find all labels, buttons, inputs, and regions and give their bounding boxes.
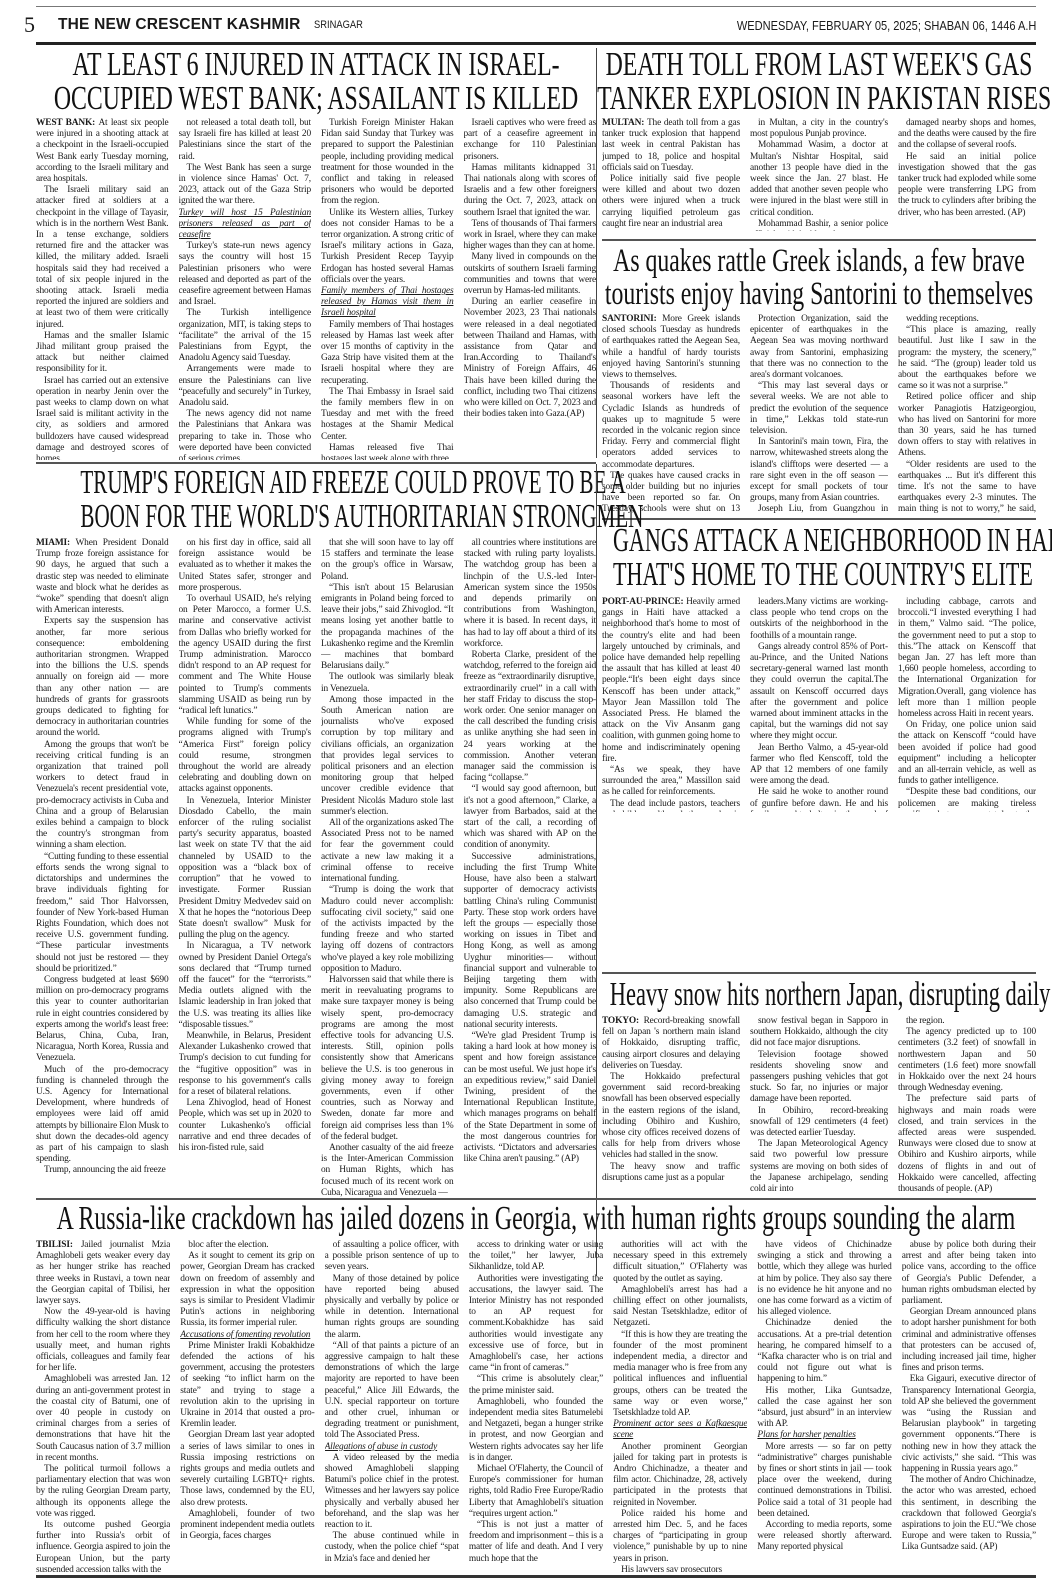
subheading: Accusations of fomenting revolution (180, 1330, 314, 1341)
article-column: access to drinking water or using the to… (469, 1240, 603, 1572)
article-column: Turkish Foreign Minister Hakan Fidan sai… (321, 118, 454, 460)
article-paragraph: The mother of Andro Chichinadze, the act… (902, 1475, 1036, 1553)
story-headline: As quakes rattle Greek islands, a few br… (591, 245, 1047, 311)
article-paragraph: MULTAN: The death toll from a gas tanker… (602, 118, 740, 174)
article-paragraph: “Cutting funding to these essential effo… (36, 852, 169, 975)
headline-line-1: GANGS ATTACK A NEIGHBORHOOD IN HAITI (613, 524, 1025, 558)
article-paragraph: Successive administrations, including th… (464, 852, 597, 1031)
article-paragraph: TOKYO: Record-breaking snowfall fell on … (602, 1016, 740, 1072)
article-paragraph: Thousands of residents and seasonal work… (602, 381, 740, 471)
page-number: 5 (24, 12, 50, 38)
article-paragraph: “As we speak, they have surrounded the a… (602, 765, 740, 799)
article-paragraph: Among those impacted in the South Americ… (321, 695, 454, 818)
article-paragraph: on his first day in office, said all for… (179, 538, 312, 594)
article-paragraph: Joseph Liu, from Guangzhou in southern C… (750, 504, 888, 513)
article-paragraph: Eka Gigauri, executive director of Trans… (902, 1374, 1036, 1475)
article-paragraph: “Trump is doing the work that Maduro cou… (321, 885, 454, 975)
article-paragraph: damaged nearby shops and homes, and the … (898, 118, 1036, 152)
article-paragraph: Amaghlobeli, who founded the independent… (469, 1397, 603, 1464)
newspaper-page: 5 THE NEW CRESCENT KASHMIR SRINAGAR WEDN… (24, 0, 1036, 1580)
article-paragraph: Family members of Thai hostages released… (321, 320, 454, 387)
article-paragraph: “Despite these bad conditions, our polic… (898, 787, 1036, 812)
article-paragraph: A video released by the media showed Ama… (325, 1453, 459, 1531)
article-paragraph: Turkish Foreign Minister Hakan Fidan sai… (321, 118, 454, 208)
article-paragraph: access to drinking water or using the to… (469, 1240, 603, 1274)
article-paragraph: Mohammad Wasim, a doctor at Multan's Nis… (750, 140, 888, 218)
article-column: damaged nearby shops and homes, and the … (898, 118, 1036, 231)
story-japan: Heavy snow hits northern Japan, disrupti… (602, 976, 1036, 1196)
article-column: not released a total death toll, but say… (179, 118, 312, 460)
article-paragraph: Television footage showed residents shov… (750, 1050, 888, 1106)
article-paragraph: The abuse continued while in custody, wh… (325, 1531, 459, 1565)
article-paragraph: Gangs already control 85% of Port-au-Pri… (750, 642, 888, 743)
masthead: 5 THE NEW CRESCENT KASHMIR SRINAGAR WEDN… (24, 12, 1036, 38)
section-rule (602, 972, 1036, 974)
article-column: have videos of Chichinadze swinging a st… (757, 1240, 891, 1572)
headline-line-2: tourists enjoy having Santorini to thems… (591, 278, 1047, 311)
article-column: that she will soon have to lay off 15 st… (321, 538, 454, 1273)
article-paragraph: Georgian Dream announced plans to adopt … (902, 1307, 1036, 1374)
article-paragraph: of assaulting a police officer, with a p… (325, 1240, 459, 1274)
article-paragraph: Now the 49-year-old is having difficulty… (36, 1307, 170, 1374)
article-paragraph: Meanwhile, in Belarus, President Alexand… (179, 1031, 312, 1098)
article-paragraph: More arrests — so far on petty “administ… (757, 1442, 891, 1520)
article-paragraph: Hamas released five Thai hostages last w… (321, 443, 454, 460)
article-paragraph: WEST BANK: At least six people were inju… (36, 118, 169, 185)
bottom-rule (36, 1575, 1036, 1578)
story-headline: A Russia-like crackdown has jailed dozen… (46, 1202, 1026, 1236)
article-paragraph: He said he woke to another round of gunf… (750, 787, 888, 812)
article-paragraph: Amaghlobeli was arrested Jan. 12 during … (36, 1374, 170, 1464)
article-paragraph: His lawyers say prosecutors (613, 1565, 747, 1572)
article-paragraph: Hamas and the smaller Islamic Jihad mili… (36, 331, 169, 376)
article-paragraph: authorities will act with the necessary … (613, 1240, 747, 1285)
subheading: Allegations of abuse in custody (325, 1442, 459, 1453)
section-rule (602, 518, 1036, 520)
article-paragraph: As it sought to cement its grip on power… (180, 1251, 314, 1329)
column-divider (596, 464, 597, 1276)
article-paragraph: “This is not just a matter of freedom an… (469, 1520, 603, 1565)
article-paragraph: “This isn't about 15 Belarusian emigrant… (321, 583, 454, 673)
article-paragraph: Israeli captives who were freed as part … (464, 118, 597, 163)
story-georgia: A Russia-like crackdown has jailed dozen… (36, 1200, 1036, 1572)
article-paragraph: Roberta Clarke, president of the watchdo… (464, 650, 597, 784)
dateline: MULTAN: (602, 118, 647, 128)
article-paragraph: that she will soon have to lay off 15 st… (321, 538, 454, 583)
dateline: PORT-AU-PRINCE: (602, 597, 686, 607)
headline-line-1: AT LEAST 6 INJURED IN ATTACK IN ISRAEL- (50, 48, 582, 82)
story-santorini: As quakes rattle Greek islands, a few br… (602, 243, 1036, 513)
dateline: TOKYO: (602, 1016, 644, 1026)
article-column: including cabbage, carrots and broccoli.… (898, 597, 1036, 812)
article-paragraph: Lena Zhivoglod, head of Honest People, w… (179, 1098, 312, 1154)
newspaper-name: THE NEW CRESCENT KASHMIR (58, 16, 300, 34)
article-paragraph: “Older residents are used to the earthqu… (898, 460, 1036, 513)
article-column: of assaulting a police officer, with a p… (325, 1240, 459, 1572)
article-paragraph: “This crime is absolutely clear,” the pr… (469, 1374, 603, 1396)
article-paragraph: The West Bank has seen a surge in violen… (179, 163, 312, 208)
article-column: the region.The agency predicted up to 10… (898, 1016, 1036, 1196)
story-headline: GANGS ATTACK A NEIGHBORHOOD IN HAITI THA… (613, 524, 1025, 592)
section-rule (602, 239, 1036, 241)
article-paragraph: The news agency did not name the Palesti… (179, 409, 312, 460)
article-paragraph: Prime Minister Irakli Kobakhidze defende… (180, 1341, 314, 1431)
article-paragraph: MIAMI: When President Donald Trump froze… (36, 538, 169, 616)
headline-line-1: A Russia-like crackdown has jailed dozen… (46, 1202, 1026, 1236)
article-column: authorities will act with the necessary … (613, 1240, 747, 1572)
article-paragraph: To overhaul USAID, he's relying on Peter… (179, 594, 312, 717)
article-paragraph: In Nicaragua, a TV network owned by Pres… (179, 941, 312, 1031)
article-paragraph: In Obihiro, record-breaking snowfall of … (750, 1106, 888, 1140)
article-paragraph: He said an initial police investigation … (898, 152, 1036, 219)
article-paragraph: The dead include pastors, teachers and c… (602, 799, 740, 812)
article-paragraph: PORT-AU-PRINCE: Heavily armed gangs in H… (602, 597, 740, 765)
article-paragraph: On Friday, one police union said the att… (898, 720, 1036, 787)
article-paragraph: Hamas militants kidnapped 31 Thai nation… (464, 163, 597, 219)
article-paragraph: SANTORINI: More Greek islands closed sch… (602, 314, 740, 381)
article-paragraph: Another prominent Georgian jailed for ta… (613, 1442, 747, 1509)
article-paragraph: Police initially said five people were k… (602, 174, 740, 230)
article-paragraph: In Venezuela, Interior Minister Diosdado… (179, 796, 312, 942)
article-paragraph: Unlike its Western allies, Turkey does n… (321, 208, 454, 286)
article-paragraph: The Thai Embassy in Israel said the fami… (321, 387, 454, 443)
article-paragraph: “All of that paints a picture of an aggr… (325, 1341, 459, 1442)
article-paragraph: Amaghlobeli, founder of two prominent in… (180, 1509, 314, 1543)
article-paragraph: Authorities were investigating the accus… (469, 1274, 603, 1375)
article-column: TBILISI: Jailed journalist Mzia Amaghlob… (36, 1240, 170, 1572)
subheading: Prominent actor sees a Kafkaesque scene (613, 1419, 747, 1441)
headline-line-2: OCCUPIED WEST BANK; ASSAILANT IS KILLED (50, 82, 582, 116)
article-paragraph: Tens of thousands of Thai farmers work i… (464, 219, 597, 253)
article-paragraph: “This place is amazing, really beautiful… (898, 325, 1036, 392)
article-paragraph: The prefecture said parts of highways an… (898, 1094, 1036, 1195)
article-paragraph: Protection Organization, said the epicen… (750, 314, 888, 381)
article-paragraph: Many of those detained by police have re… (325, 1274, 459, 1341)
article-paragraph: “I would say good afternoon, but it's no… (464, 784, 597, 851)
article-paragraph: Many lived in compounds on the outskirts… (464, 252, 597, 297)
article-paragraph: Much of the pro-democracy funding is cha… (36, 1065, 169, 1166)
article-paragraph: All of the organizations asked The Assoc… (321, 818, 454, 885)
article-paragraph: The outlook was similarly bleak in Venez… (321, 672, 454, 694)
article-column: MIAMI: When President Donald Trump froze… (36, 538, 169, 1273)
article-paragraph: Georgian Dream last year adopted a serie… (180, 1430, 314, 1508)
headline-line-1: Heavy snow hits northern Japan, disrupti… (610, 978, 1028, 1012)
article-paragraph: all countries where institutions are sta… (464, 538, 597, 650)
article-paragraph: not released a total death toll, but say… (179, 118, 312, 163)
article-paragraph: Arrangements were made to ensure the Pal… (179, 364, 312, 409)
article-column: PORT-AU-PRINCE: Heavily armed gangs in H… (602, 597, 740, 812)
article-paragraph: bloc after the election. (180, 1240, 314, 1251)
issue-date: WEDNESDAY, FEBRUARY 05, 2025; SHABAN 06,… (736, 18, 1036, 33)
article-paragraph: abuse by police both during their arrest… (902, 1240, 1036, 1307)
article-paragraph: “If this is how they are treating the fo… (613, 1330, 747, 1420)
article-paragraph: During an earlier ceasefire in November … (464, 297, 597, 420)
article-paragraph: According to media reports, some were re… (757, 1520, 891, 1554)
dateline: TBILISI: (36, 1240, 81, 1250)
article-paragraph: Israel has carried out an extensive oper… (36, 376, 169, 460)
story-headline: AT LEAST 6 INJURED IN ATTACK IN ISRAEL- … (50, 48, 582, 116)
story-headline: TRUMP'S FOREIGN AID FREEZE COULD PROVE T… (80, 466, 551, 534)
article-paragraph: Trump, announcing the aid freeze (36, 1165, 169, 1176)
subheading: Family members of Thai hostages released… (321, 286, 454, 320)
article-paragraph: TBILISI: Jailed journalist Mzia Amaghlob… (36, 1240, 170, 1307)
article-paragraph: “We're glad President Trump is taking a … (464, 1031, 597, 1165)
article-column: abuse by police both during their arrest… (902, 1240, 1036, 1572)
article-paragraph: In Santorini's main town, Fira, the narr… (750, 437, 888, 504)
article-paragraph: Turkey's state-run news agency says the … (179, 241, 312, 308)
article-column: Protection Organization, said the epicen… (750, 314, 888, 513)
article-column: on his first day in office, said all for… (179, 538, 312, 1273)
article-column: Israeli captives who were freed as part … (464, 118, 597, 460)
article-paragraph: Among the groups that won't be receiving… (36, 740, 169, 852)
story-westbank: AT LEAST 6 INJURED IN ATTACK IN ISRAEL- … (36, 46, 596, 460)
article-paragraph: Another casualty of the aid freeze is th… (321, 1143, 454, 1199)
article-paragraph: His mother, Lika Guntsadze, called the c… (757, 1386, 891, 1431)
story-pakistan: DEATH TOLL FROM LAST WEEK'S GAS TANKER E… (602, 46, 1036, 231)
article-paragraph: the region. (898, 1016, 1036, 1027)
story-trump-aid: TRUMP'S FOREIGN AID FREEZE COULD PROVE T… (36, 464, 596, 1279)
article-paragraph: Jean Bertho Valmo, a 45-year-old farmer … (750, 743, 888, 788)
article-paragraph: Experts say the suspension has another, … (36, 616, 169, 739)
article-column: snow festival began in Sapporo in southe… (750, 1016, 888, 1196)
article-paragraph: Halvorssen said that while there is meri… (321, 975, 454, 1143)
article-paragraph: Michael O'Flaherty, the Council of Europ… (469, 1464, 603, 1520)
headline-line-2: BOON FOR THE WORLD'S AUTHORITARIAN STRON… (80, 500, 551, 534)
article-column: leaders.Many victims are working-class p… (750, 597, 888, 812)
article-paragraph: The heavy snow and traffic disruptions c… (602, 1162, 740, 1184)
article-paragraph: leaders.Many victims are working-class p… (750, 597, 888, 642)
headline-line-2: THAT'S HOME TO THE COUNTRY'S ELITE (613, 558, 1025, 592)
subheading: Turkey will host 15 Palestinian prisoner… (179, 208, 312, 242)
article-paragraph: The agency predicted up to 100 centimete… (898, 1027, 1036, 1094)
story-haiti: GANGS ATTACK A NEIGHBORHOOD IN HAITI THA… (602, 522, 1036, 812)
article-column: bloc after the election.As it sought to … (180, 1240, 314, 1572)
headline-line-2: TANKER EXPLOSION IN PAKISTAN RISES TO 18 (597, 82, 1041, 116)
headline-line-1: DEATH TOLL FROM LAST WEEK'S GAS (597, 48, 1041, 82)
dateline: MIAMI: (36, 538, 75, 548)
headline-line-1: As quakes rattle Greek islands, a few br… (591, 245, 1047, 278)
article-paragraph: The political turmoil follows a parliame… (36, 1464, 170, 1520)
headline-line-1: TRUMP'S FOREIGN AID FREEZE COULD PROVE T… (80, 466, 551, 500)
edition-city: SRINAGAR (314, 19, 363, 31)
article-column: all countries where institutions are sta… (464, 538, 597, 1273)
dateline: WEST BANK: (36, 118, 98, 128)
article-paragraph: The Japan Meteorological Agency said two… (750, 1139, 888, 1195)
subheading: Plans for harsher penalties (757, 1430, 891, 1441)
article-paragraph: wedding receptions. (898, 314, 1036, 325)
article-paragraph: including cabbage, carrots and broccoli.… (898, 597, 1036, 720)
article-paragraph: Its outcome pushed Georgia further into … (36, 1520, 170, 1572)
article-paragraph: in Multan, a city in the country's most … (750, 118, 888, 140)
article-paragraph: Chichinadze denied the accusations. At a… (757, 1318, 891, 1385)
article-column: TOKYO: Record-breaking snowfall fell on … (602, 1016, 740, 1196)
article-paragraph: Mohammad Bashir, a senior police officia… (750, 219, 888, 231)
article-paragraph: The Turkish intelligence organization, M… (179, 308, 312, 364)
article-column: wedding receptions.“This place is amazin… (898, 314, 1036, 513)
article-column: WEST BANK: At least six people were inju… (36, 118, 169, 460)
article-paragraph: The Hokkaido prefectural government said… (602, 1072, 740, 1162)
dateline: SANTORINI: (602, 314, 662, 324)
article-paragraph: Amaghlobeli's arrest has had a chilling … (613, 1285, 747, 1330)
article-column: MULTAN: The death toll from a gas tanker… (602, 118, 740, 231)
article-paragraph: While funding for some of the programs a… (179, 717, 312, 795)
article-column: in Multan, a city in the country's most … (750, 118, 888, 231)
article-paragraph: The Israeli military said an attacker fi… (36, 185, 169, 331)
article-paragraph: have videos of Chichinadze swinging a st… (757, 1240, 891, 1318)
story-headline: Heavy snow hits northern Japan, disrupti… (610, 978, 1028, 1012)
article-paragraph: “This may last several days or several w… (750, 381, 888, 437)
article-paragraph: Retired police officer and ship worker P… (898, 392, 1036, 459)
article-paragraph: Police raided his home and arrested him … (613, 1509, 747, 1565)
article-paragraph: snow festival began in Sapporo in southe… (750, 1016, 888, 1050)
story-headline: DEATH TOLL FROM LAST WEEK'S GAS TANKER E… (597, 48, 1041, 116)
top-rule (36, 6, 1036, 7)
article-paragraph: Congress budgeted at least $690 million … (36, 975, 169, 1065)
masthead-rule (36, 42, 1036, 45)
